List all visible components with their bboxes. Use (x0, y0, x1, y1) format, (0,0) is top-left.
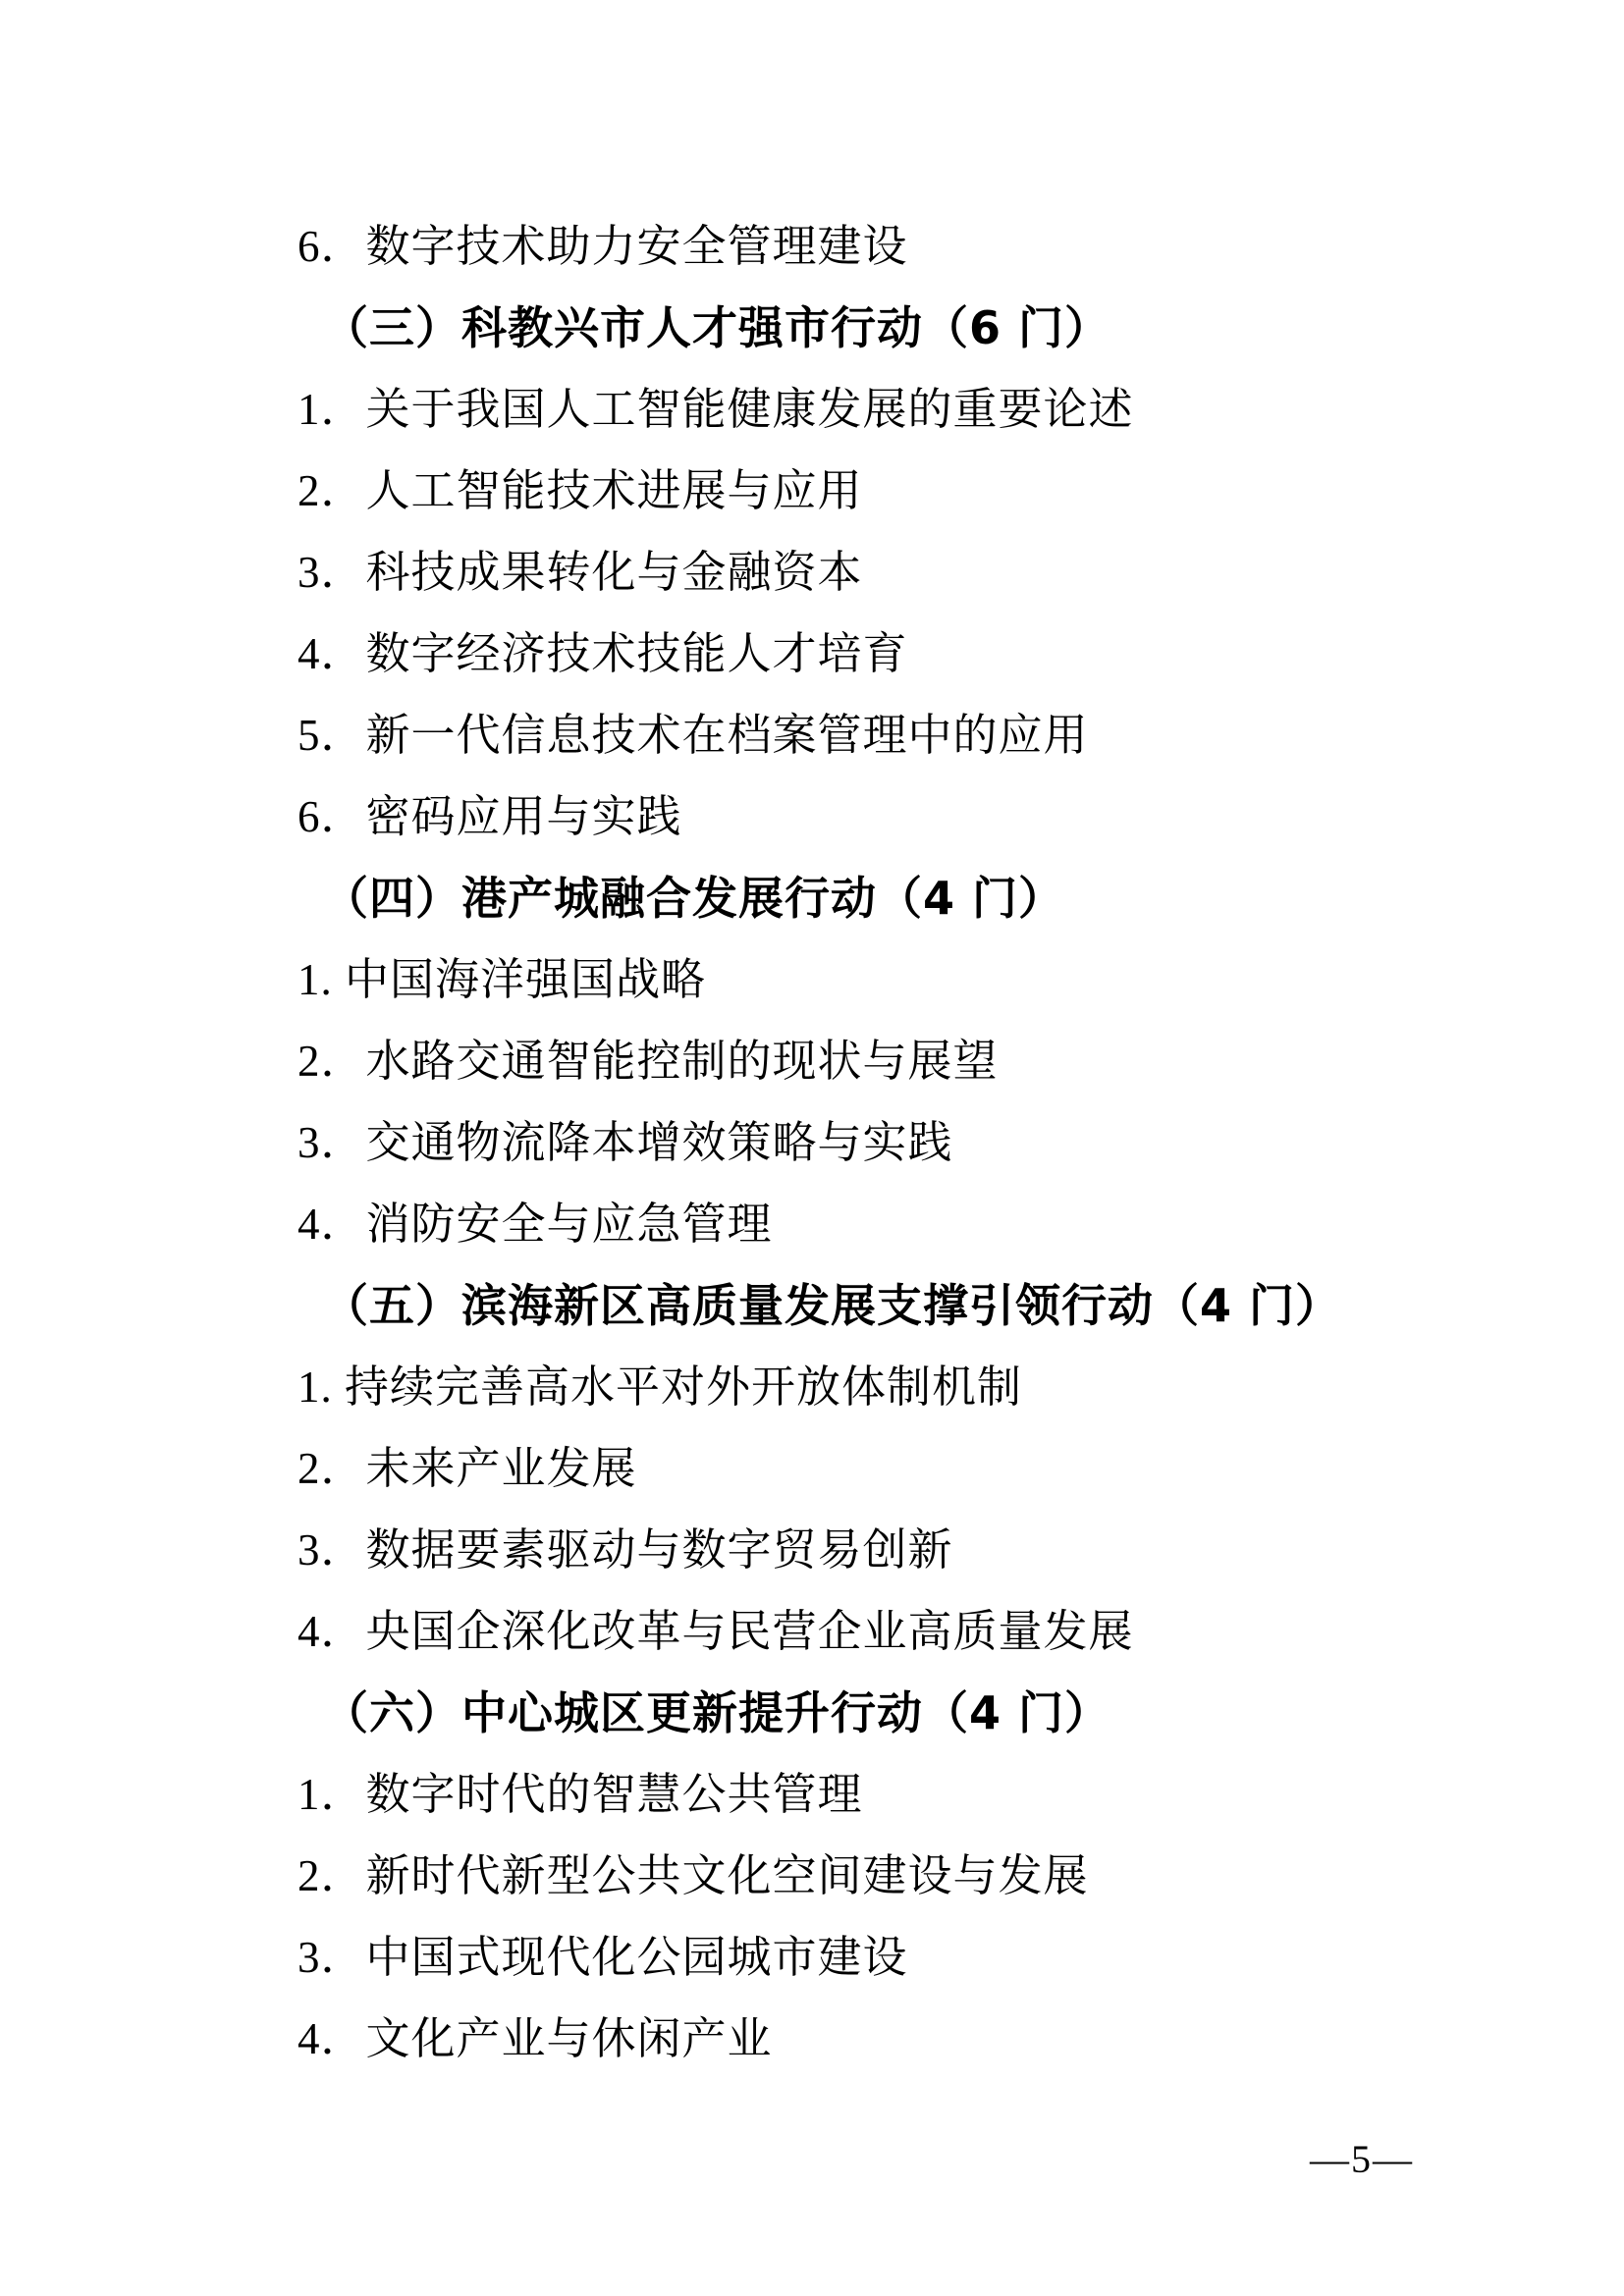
list-item: 4．消防安全与应急管理 (298, 1184, 1476, 1265)
list-item: 6．数字技术助力安全管理建设 (298, 206, 1476, 288)
list-item: 2．人工智能技术进展与应用 (298, 451, 1476, 532)
list-item: 2．未来产业发展 (298, 1428, 1476, 1510)
list-item: 1. 中国海洋强国战略 (298, 939, 1476, 1021)
list-item: 6．密码应用与实践 (298, 776, 1476, 858)
list-item: 1．关于我国人工智能健康发展的重要论述 (298, 369, 1476, 451)
list-item: 2．水路交通智能控制的现状与展望 (298, 1021, 1476, 1102)
course-list: 6．数字技术助力安全管理建设 （三）科教兴市人才强市行动（6 门） 1．关于我国… (298, 206, 1476, 2080)
list-item: 5．新一代信息技术在档案管理中的应用 (298, 695, 1476, 776)
section-heading-5: （五）滨海新区高质量发展支撑引领行动（4 门） (298, 1265, 1476, 1347)
list-item: 4．文化产业与休闲产业 (298, 1999, 1476, 2080)
page-number: —5— (1310, 2136, 1414, 2183)
list-item: 3．数据要素驱动与数字贸易创新 (298, 1510, 1476, 1591)
list-item: 3．科技成果转化与金融资本 (298, 532, 1476, 614)
list-item: 1．数字时代的智慧公共管理 (298, 1754, 1476, 1836)
section-heading-3: （三）科教兴市人才强市行动（6 门） (298, 288, 1476, 369)
list-item: 3．交通物流降本增效策略与实践 (298, 1102, 1476, 1184)
list-item: 4．数字经济技术技能人才培育 (298, 614, 1476, 695)
list-item: 3．中国式现代化公园城市建设 (298, 1917, 1476, 1999)
section-heading-4: （四）港产城融合发展行动（4 门） (298, 858, 1476, 939)
list-item: 1. 持续完善高水平对外开放体制机制 (298, 1347, 1476, 1428)
list-item: 2．新时代新型公共文化空间建设与发展 (298, 1836, 1476, 1917)
section-heading-6: （六）中心城区更新提升行动（4 门） (298, 1673, 1476, 1754)
document-page: 6．数字技术助力安全管理建设 （三）科教兴市人才强市行动（6 门） 1．关于我国… (0, 0, 1624, 2296)
list-item: 4．央国企深化改革与民营企业高质量发展 (298, 1591, 1476, 1673)
